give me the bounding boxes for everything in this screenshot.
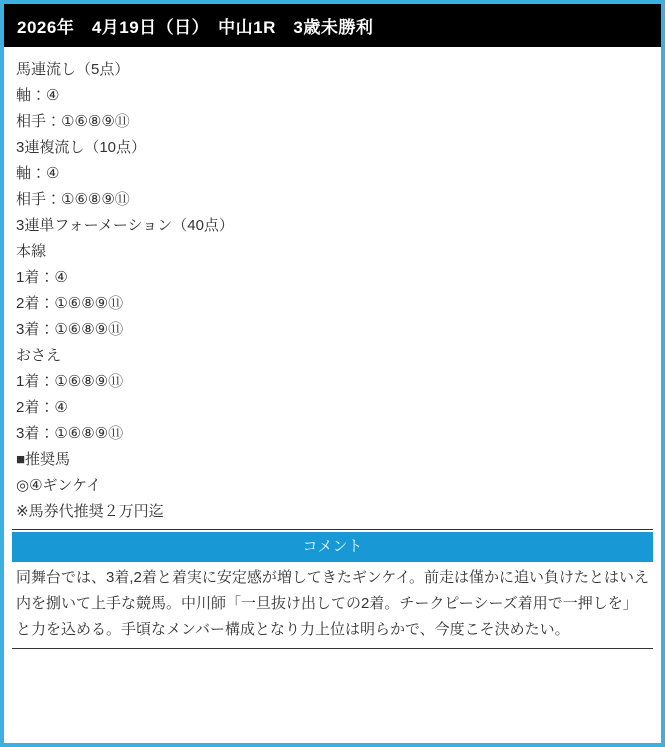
race-header-bar: 2026年 4月19日（日） 中山1R 3歳未勝利	[4, 4, 661, 47]
bet-umaren-axis: 軸：④	[16, 83, 649, 109]
recommend-heading: ■推奨馬	[16, 447, 649, 473]
race-tip-page: 2026年 4月19日（日） 中山1R 3歳未勝利 馬連流し（5点） 軸：④ 相…	[0, 0, 665, 747]
bet-umaren-title: 馬連流し（5点）	[16, 57, 649, 83]
formation-backup-first: 1着：①⑥⑧⑨⑪	[16, 369, 649, 395]
formation-main-second: 2着：①⑥⑧⑨⑪	[16, 291, 649, 317]
formation-backup-second: 2着：④	[16, 395, 649, 421]
race-title: 2026年 4月19日（日） 中山1R 3歳未勝利	[17, 18, 373, 37]
bet-sanrenpuku-title: 3連複流し（10点）	[16, 135, 649, 161]
bet-sanrenpuku-axis: 軸：④	[16, 161, 649, 187]
formation-title: 3連単フォーメーション（40点）	[16, 213, 649, 239]
comment-section: コメント 同舞台では、3着,2着と着実に安定感が増してきたギンケイ。前走は僅かに…	[12, 529, 653, 649]
formation-main-third: 3着：①⑥⑧⑨⑪	[16, 317, 649, 343]
formation-backup-title: おさえ	[16, 343, 649, 369]
budget-note: ※馬券代推奨２万円迄	[16, 499, 649, 525]
tip-body: 馬連流し（5点） 軸：④ 相手：①⑥⑧⑨⑪ 3連複流し（10点） 軸：④ 相手：…	[4, 47, 661, 649]
comment-text: 同舞台では、3着,2着と着実に安定感が増してきたギンケイ。前走は僅かに追い負けた…	[16, 565, 649, 643]
comment-banner: コメント	[12, 532, 653, 562]
bet-sanrenpuku-partners: 相手：①⑥⑧⑨⑪	[16, 187, 649, 213]
bet-umaren-partners: 相手：①⑥⑧⑨⑪	[16, 109, 649, 135]
formation-main-first: 1着：④	[16, 265, 649, 291]
recommend-pick: ◎④ギンケイ	[16, 473, 649, 499]
formation-main-title: 本線	[16, 239, 649, 265]
formation-backup-third: 3着：①⑥⑧⑨⑪	[16, 421, 649, 447]
